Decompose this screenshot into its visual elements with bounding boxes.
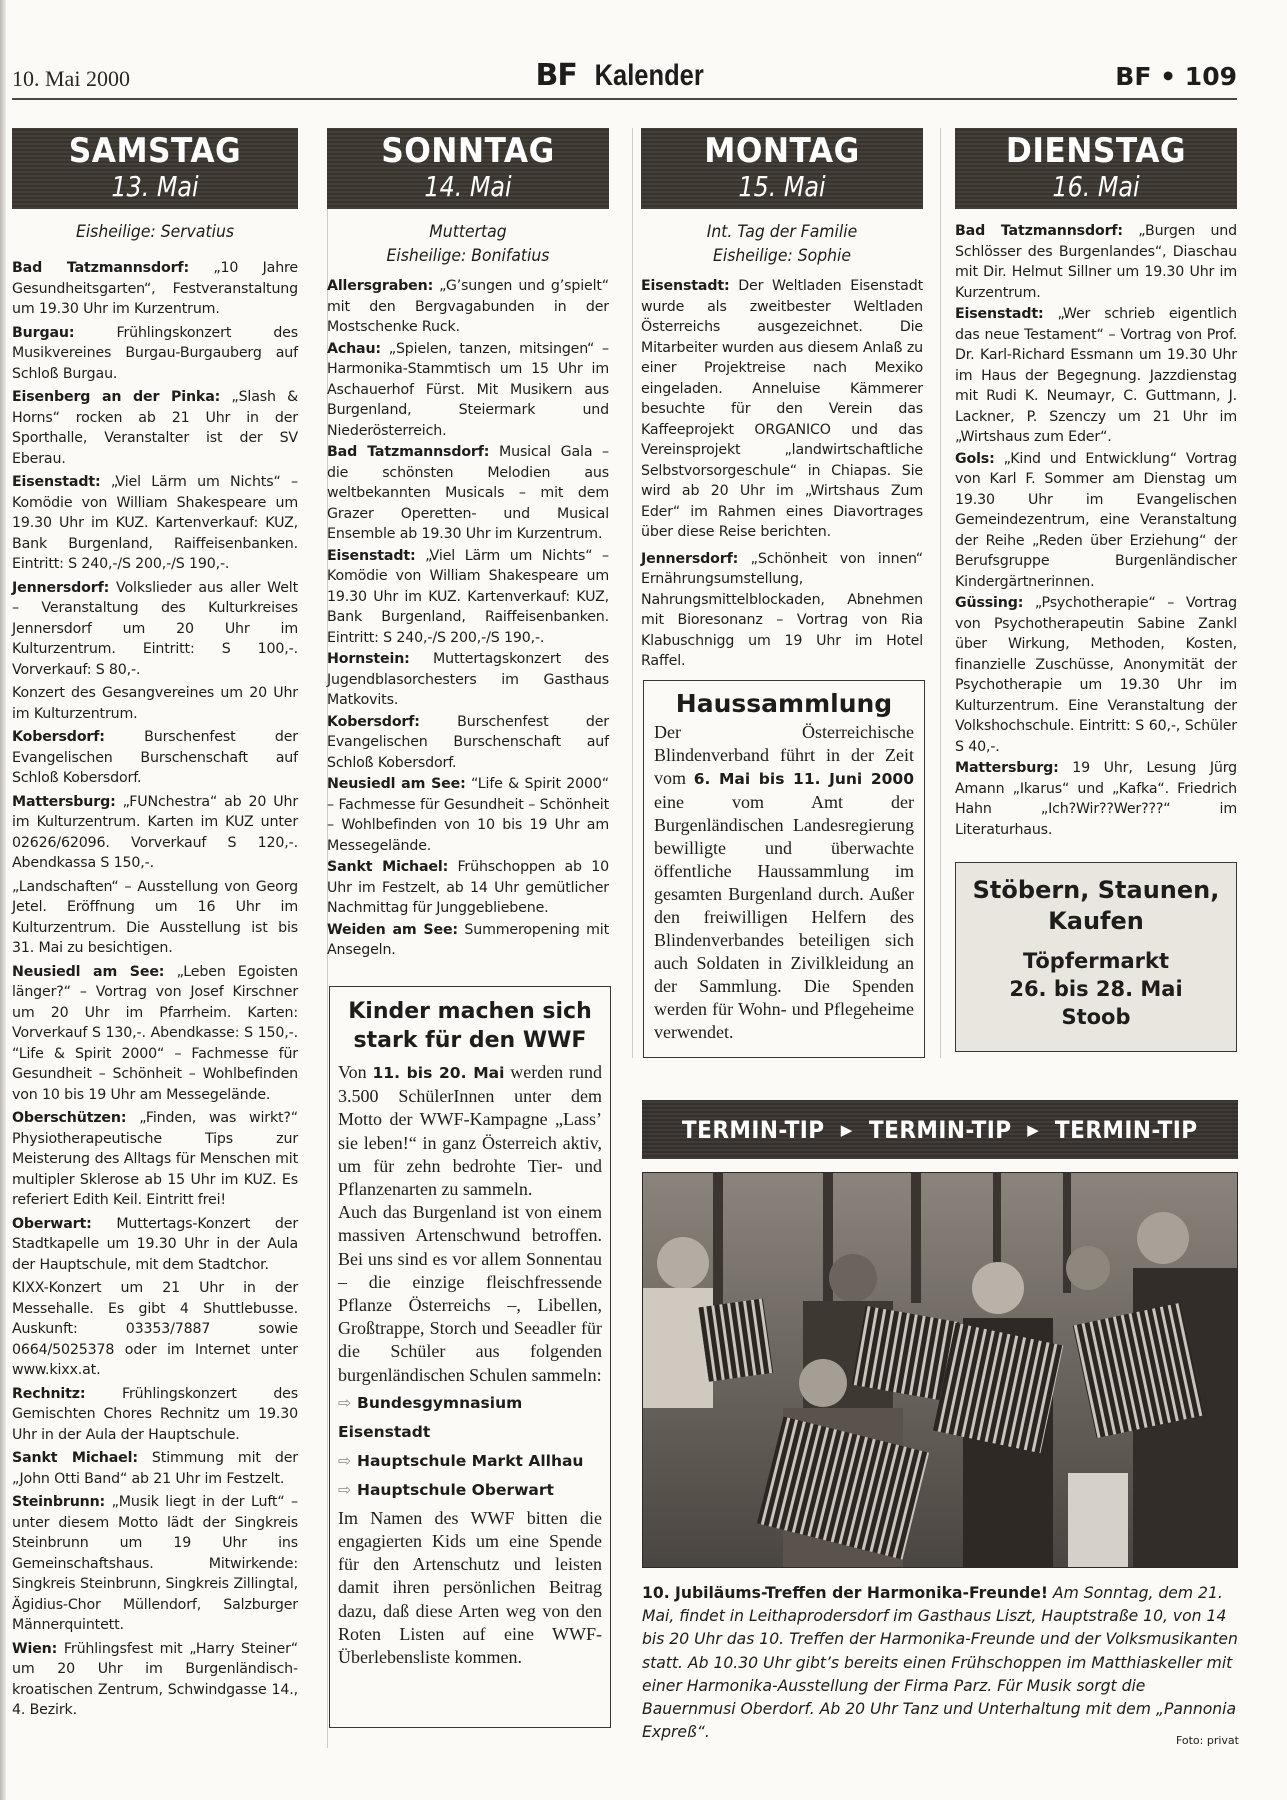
event-entry: Bad Tatzmannsdorf: „10 Jahre Gesundheits…	[12, 258, 298, 320]
masthead: 10. Mai 2000 BF Kalender BF • 109	[12, 58, 1237, 98]
column-divider	[940, 128, 941, 1058]
event-entry: Allersgraben: „G’sungen und g’spielt“ mi…	[327, 276, 609, 338]
day-observances: Muttertag Eisheilige: Bonifatius	[338, 220, 597, 268]
observance: Eisheilige: Servatius	[23, 220, 286, 244]
event-entry: Eisenberg an der Pinka: „Slash & Horns“ …	[12, 387, 298, 469]
event-entry: Jennersdorf: „Schönheit von innen“ Ernäh…	[641, 549, 923, 672]
page-number: BF • 109	[1115, 62, 1237, 91]
event-list: Eisenstadt: Der Weltladen Eisenstadt wur…	[641, 276, 923, 672]
event-entry: KIXX-Konzert um 21 Uhr in der Messehalle…	[12, 1278, 298, 1381]
photo-caption: 10. Jubiläums-Treffen der Harmonika-Freu…	[642, 1582, 1238, 1744]
event-entry: Steinbrunn: „Musik liegt in der Luft“ – …	[12, 1492, 298, 1636]
school-item: ⇨Hauptschule Oberwart	[338, 1476, 602, 1505]
event-entry: Neusiedl am See: “Life & Spirit 2000“ – …	[327, 774, 609, 856]
observance: Eisheilige: Bonifatius	[338, 244, 597, 268]
day-observances: Int. Tag der Familie Eisheilige: Sophie	[652, 220, 911, 268]
event-entry: Oberschützen: „Finden, was wirkt?“ Physi…	[12, 1108, 298, 1211]
event-list: Bad Tatzmannsdorf: „Burgen und Schlösser…	[955, 221, 1237, 840]
observance: Eisheilige: Sophie	[652, 244, 911, 268]
event-entry: Rechnitz: Frühlingskonzert des Gemischte…	[12, 1384, 298, 1446]
triangle-right-icon: ▶	[841, 1121, 853, 1139]
day-header: Sonntag 14. Mai	[327, 128, 609, 209]
wwf-box-title: Kinder machen sich stark für den WWF	[338, 997, 602, 1055]
event-entry: Achau: „Spielen, tanzen, mitsingen“ – Ha…	[327, 339, 609, 442]
header-rule	[12, 98, 1237, 100]
event-entry: Wien: Frühlingsfest mit „Harry Steiner“ …	[12, 1639, 298, 1721]
day-column-montag: Montag 15. Mai Int. Tag der Familie Eish…	[641, 128, 923, 675]
event-entry: Burgau: Frühlingskonzert des Musikverein…	[12, 323, 298, 385]
day-name: Samstag	[23, 132, 286, 170]
day-column-sonntag: Sonntag 14. Mai Muttertag Eisheilige: Bo…	[327, 128, 609, 962]
day-header: Montag 15. Mai	[641, 128, 923, 209]
wwf-info-box: Kinder machen sich stark für den WWF Von…	[329, 986, 611, 1728]
event-entry: Hornstein: Muttertagskonzert des Jugendb…	[327, 649, 609, 711]
event-list: Allersgraben: „G’sungen und g’spielt“ mi…	[327, 276, 609, 961]
brand-logo: BF	[535, 58, 576, 93]
school-list: ⇨Bundesgymnasium Eisenstadt ⇨Hauptschule…	[338, 1389, 602, 1505]
haussammlung-box: Haussammlung Der Österreichische Blinden…	[643, 680, 925, 1058]
event-entry: Güssing: „Psychotherapie“ – Vortrag von …	[955, 593, 1237, 757]
triangle-right-icon: ▶	[1027, 1121, 1039, 1139]
event-entry: Eisenstadt: Der Weltladen Eisenstadt wur…	[641, 276, 923, 543]
event-entry: Gols: „Kind und Entwicklung“ Vortrag von…	[955, 449, 1237, 593]
event-entry: Kobersdorf: Burschenfest der Evangelisch…	[327, 712, 609, 774]
wwf-box-body: Von 11. bis 20. Mai werden rund 3.500 Sc…	[338, 1061, 602, 1387]
day-name: Sonntag	[338, 132, 597, 170]
day-name: Montag	[652, 132, 911, 170]
photo-illustration	[643, 1173, 1238, 1568]
toepfermarkt-ad: Stöbern, Staunen, Kaufen Töpfermarkt 26.…	[955, 862, 1237, 1052]
ad-headline: Stöbern, Staunen, Kaufen	[956, 875, 1236, 937]
day-date: 14. Mai	[348, 170, 588, 204]
haussammlung-body: Der Österreichische Blindenverband führt…	[654, 721, 914, 1044]
arrow-right-icon: ⇨	[338, 1481, 351, 1499]
scan-edge	[0, 0, 6, 1800]
event-list: Bad Tatzmannsdorf: „10 Jahre Gesundheits…	[12, 258, 298, 1721]
haussammlung-title: Haussammlung	[654, 687, 914, 721]
event-entry: Eisenstadt: „Viel Lärm um Nichts“ – Komö…	[12, 472, 298, 575]
arrow-right-icon: ⇨	[338, 1394, 351, 1412]
event-entry: Bad Tatzmannsdorf: Musical Gala – die sc…	[327, 442, 609, 545]
event-entry: Jennersdorf: Volkslieder aus aller Welt …	[12, 578, 298, 681]
termin-tip-label: Termin-Tip	[1055, 1116, 1198, 1144]
accordion-players-photo	[642, 1172, 1238, 1568]
column-divider	[632, 128, 633, 1058]
day-column-samstag: Samstag 13. Mai Eisheilige: Servatius Ba…	[12, 128, 298, 1724]
event-entry: Kobersdorf: Burschenfest der Evangelisch…	[12, 727, 298, 789]
day-date: 13. Mai	[33, 170, 276, 204]
event-entry: Eisenstadt: „Viel Lärm um Nichts“ – Komö…	[327, 546, 609, 649]
event-entry: Sankt Michael: Stimmung mit der „John Ot…	[12, 1448, 298, 1489]
event-entry: „Landschaften“ – Ausstellung von Georg J…	[12, 877, 298, 959]
day-column-dienstag: Dienstag 16. Mai Bad Tatzmannsdorf: „Bur…	[955, 128, 1237, 841]
school-item: ⇨Bundesgymnasium Eisenstadt	[338, 1389, 602, 1447]
termin-tip-banner: Termin-Tip ▶ Termin-Tip ▶ Termin-Tip	[642, 1100, 1238, 1159]
caption-text: Am Sonntag, dem 21. Mai, findet in Leith…	[642, 1584, 1238, 1741]
ad-details: Töpfermarkt 26. bis 28. Mai Stoob	[956, 947, 1236, 1031]
event-entry: Oberwart: Muttertags-Konzert der Stadtka…	[12, 1214, 298, 1276]
day-date: 16. Mai	[976, 170, 1216, 204]
event-entry: Mattersburg: „FUNchestra“ ab 20 Uhr im K…	[12, 792, 298, 874]
section-title: BF Kalender	[12, 58, 1237, 93]
day-date: 15. Mai	[662, 170, 902, 204]
event-entry: Bad Tatzmannsdorf: „Burgen und Schlösser…	[955, 221, 1237, 303]
arrow-right-icon: ⇨	[338, 1452, 351, 1470]
event-entry: Sankt Michael: Frühschoppen ab 10 Uhr im…	[327, 857, 609, 919]
wwf-box-closing: Im Namen des WWF bitten die engagierten …	[338, 1507, 602, 1669]
day-header: Dienstag 16. Mai	[955, 128, 1237, 209]
event-entry: Konzert des Gesangvereines um 20 Uhr im …	[12, 683, 298, 724]
observance: Muttertag	[338, 220, 597, 244]
school-item: ⇨Hauptschule Markt Allhau	[338, 1447, 602, 1476]
day-observances: Eisheilige: Servatius	[23, 220, 286, 244]
termin-tip-label: Termin-Tip	[869, 1116, 1012, 1144]
day-header: Samstag 13. Mai	[12, 128, 298, 209]
section-name: Kalender	[595, 59, 704, 93]
termin-tip-label: Termin-Tip	[682, 1116, 825, 1144]
caption-headline: 10. Jubiläums-Treffen der Harmonika-Freu…	[642, 1584, 1048, 1602]
observance: Int. Tag der Familie	[652, 220, 911, 244]
event-entry: Weiden am See: Summeropening mit Ansegel…	[327, 920, 609, 961]
photo-credit: Foto: privat	[1176, 1734, 1239, 1747]
day-name: Dienstag	[966, 132, 1225, 170]
event-entry: Mattersburg: 19 Uhr, Lesung Jürg Amann „…	[955, 758, 1237, 840]
event-entry: Neusiedl am See: „Leben Egoisten länger?…	[12, 962, 298, 1106]
event-entry: Eisenstadt: „Wer schrieb eigentlich das …	[955, 304, 1237, 448]
